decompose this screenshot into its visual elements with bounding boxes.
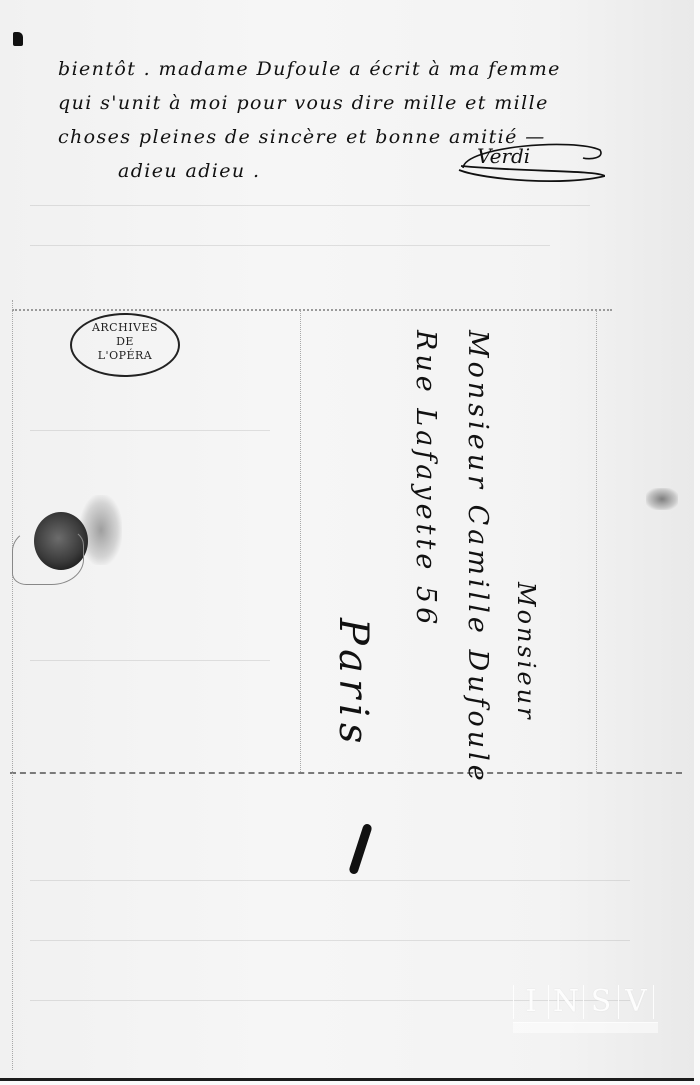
fold-line-right	[596, 310, 597, 772]
scan-edge-bottom	[0, 1078, 700, 1085]
insv-watermark: I N S V	[513, 985, 661, 1045]
ink-corner-mark	[13, 32, 23, 46]
fold-line-center	[300, 310, 301, 772]
watermark-letter: S	[583, 985, 618, 1019]
fold-line-bottom	[10, 772, 682, 774]
letter-sheet: bientôt . madame Dufoule a écrit à ma fe…	[0, 0, 694, 1078]
wax-smudge	[646, 488, 678, 510]
folio-mark	[348, 823, 373, 875]
fold-line-top	[12, 309, 612, 311]
seal-tear	[12, 528, 84, 585]
signature: Verdi	[455, 136, 605, 186]
address-line: Paris	[330, 618, 376, 749]
fold-line-left	[12, 300, 13, 1070]
stamp-line: ARCHIVES	[72, 321, 178, 335]
address-line: Monsieur	[512, 582, 540, 722]
watermark-letter: I	[513, 985, 548, 1019]
bleed-through-line	[30, 430, 270, 431]
address-line: Monsieur Camille Dufoule	[462, 330, 493, 785]
watermark-letter: N	[548, 985, 583, 1019]
stamp-line: L'OPÉRA	[72, 349, 178, 363]
signature-text: Verdi	[477, 144, 530, 168]
bleed-through-line	[30, 205, 590, 206]
watermark-subtitle	[513, 1022, 658, 1033]
letter-line: qui s'unit à moi pour vous dire mille et…	[58, 86, 688, 120]
address-line: Rue Lafayette 56	[410, 330, 441, 628]
bleed-through-line	[30, 880, 630, 881]
stamp-line: DE	[72, 335, 178, 349]
bleed-through-line	[30, 660, 270, 661]
scan-edge-right	[694, 0, 700, 1085]
watermark-logo: I N S V	[513, 985, 661, 1019]
letter-line: bientôt . madame Dufoule a écrit à ma fe…	[58, 52, 688, 86]
watermark-letter: V	[618, 985, 654, 1019]
bleed-through-line	[30, 245, 550, 246]
bleed-through-line	[30, 940, 630, 941]
archives-stamp: ARCHIVES DE L'OPÉRA	[70, 313, 180, 377]
